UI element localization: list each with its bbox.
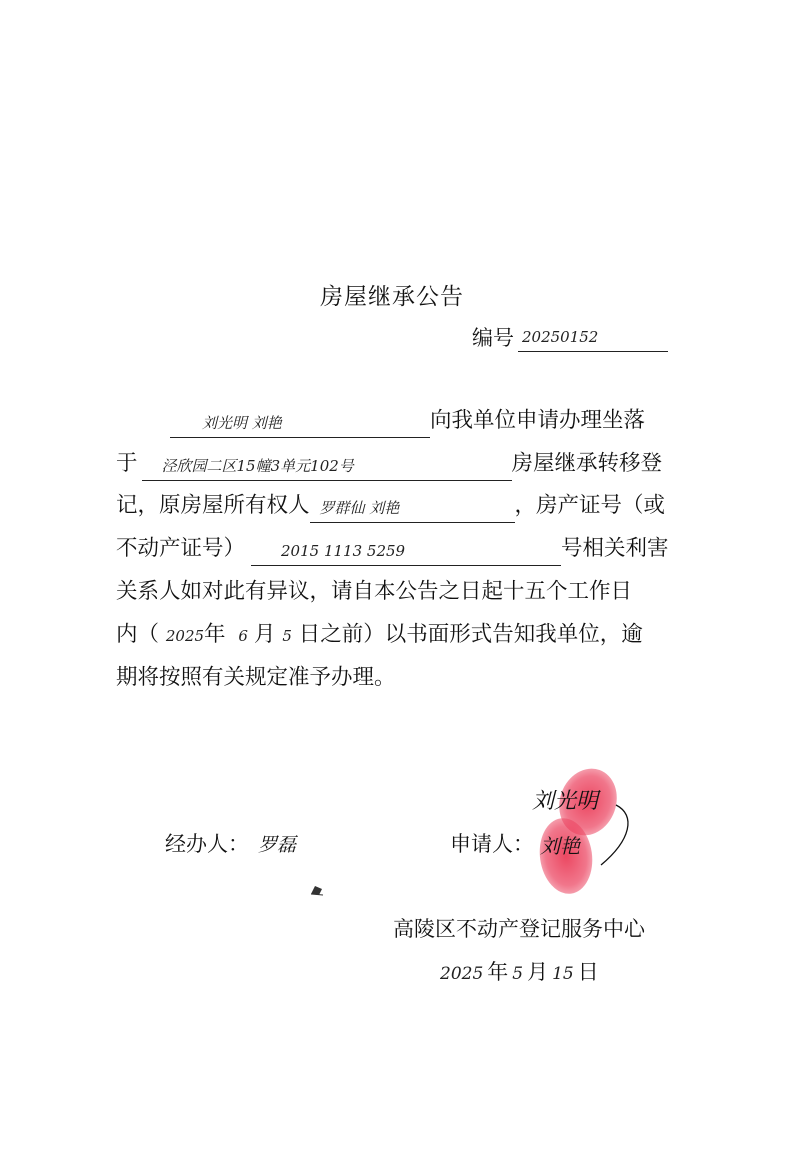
issue-month-char: 月 <box>527 956 548 986</box>
line1-suffix: 向我单位申请办理坐落 <box>430 408 645 433</box>
issue-year-char: 年 <box>487 956 508 986</box>
body-line-4: 不动产证号） 2015 1113 5259 号相关利害 <box>116 532 680 566</box>
certificate-blank: 2015 1113 5259 <box>251 539 561 566</box>
owners-value: 罗群仙 刘艳 <box>320 495 400 521</box>
body-line-6: 内（ 2025年 6月 5 日之前）以书面形式告知我单位，逾 <box>116 618 680 652</box>
line4-prefix: 不动产证号） <box>116 536 245 561</box>
organization-name: 高陵区不动产登记服务中心 <box>393 913 645 943</box>
line2-suffix: 房屋继承转移登 <box>512 451 663 476</box>
deadline-month: 6 <box>238 627 248 645</box>
applicant-signature-1: 刘光明 <box>532 784 598 815</box>
deadline-year: 2025 <box>166 627 204 645</box>
issue-year: 2025 <box>440 964 483 984</box>
serial-blank: 20250152 <box>518 325 668 352</box>
body-line-1: 刘光明 刘艳 向我单位申请办理坐落 <box>116 404 680 438</box>
applicants-blank: 刘光明 刘艳 <box>170 411 430 438</box>
address-value: 泾欣园二区15幢3单元102号 <box>162 453 354 479</box>
issue-day: 15 <box>552 964 574 984</box>
issue-month: 5 <box>512 964 523 984</box>
deadline-day: 5 <box>282 627 292 645</box>
signature-stroke <box>596 800 636 870</box>
body-line-2: 于 泾欣园二区15幢3单元102号 房屋继承转移登 <box>116 447 680 481</box>
handler-label: 经办人： <box>165 828 249 858</box>
applicants-value: 刘光明 刘艳 <box>202 410 282 436</box>
applicant-label: 申请人： <box>450 828 534 858</box>
serial-value: 20250152 <box>522 324 598 350</box>
certificate-value: 2015 1113 5259 <box>281 538 405 564</box>
line2-prefix: 于 <box>116 451 138 476</box>
line4-suffix: 号相关利害 <box>561 536 669 561</box>
handler-signature: 罗磊 <box>258 830 296 857</box>
body-line-7: 期将按照有关规定准予办理。 <box>116 661 680 695</box>
pen-nib-icon <box>310 884 324 896</box>
body-line-3: 记，原房屋所有权人 罗群仙 刘艳 ，房产证号（或 <box>116 489 680 523</box>
month-char: 月 <box>254 622 276 647</box>
applicant-signature-2: 刘艳 <box>540 830 580 859</box>
line6-suffix: 日之前）以书面形式告知我单位，逾 <box>299 622 643 647</box>
owners-blank: 罗群仙 刘艳 <box>310 496 515 523</box>
body-line-5: 关系人如对此有异议，请自本公告之日起十五个工作日 <box>116 575 680 609</box>
notice-title: 房屋继承公告 <box>320 278 464 311</box>
serial-label: 编号 <box>472 322 514 352</box>
issue-day-char: 日 <box>578 956 599 986</box>
line3-prefix: 记，原房屋所有权人 <box>116 493 310 518</box>
line3-suffix: ，房产证号（或 <box>515 493 666 518</box>
serial-number: 编号 20250152 <box>472 322 668 352</box>
line6-prefix: 内（ <box>116 622 159 647</box>
year-char: 年 <box>204 622 226 647</box>
address-blank: 泾欣园二区15幢3单元102号 <box>142 454 512 481</box>
issue-date: 2025 年 5 月 15 日 <box>440 956 599 986</box>
